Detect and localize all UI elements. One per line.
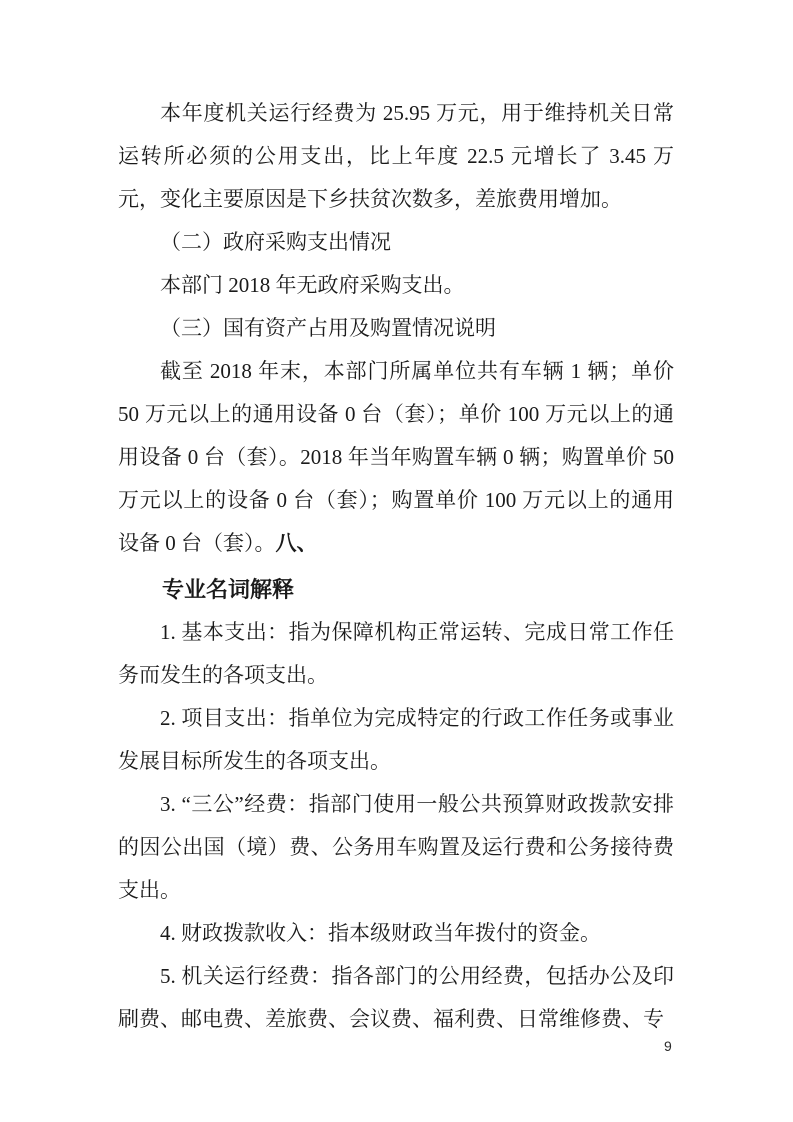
subheading-government-procurement: （二）政府采购支出情况 (118, 221, 674, 264)
para-term-fiscal-appropriation: 4. 财政拨款收入：指本级财政当年拨付的资金。 (118, 912, 674, 955)
para-state-assets-text: 截至 2018 年末，本部门所属单位共有车辆 1 辆；单价 50 万元以上的通用… (118, 359, 674, 555)
para-term-project-expenditure: 2. 项目支出：指单位为完成特定的行政工作任务或事业发展目标所发生的各项支出。 (118, 697, 674, 783)
document-page: 本年度机关运行经费为 25.95 万元，用于维持机关日常运转所必须的公用支出，比… (0, 0, 793, 1122)
para-no-procurement: 本部门 2018 年无政府采购支出。 (118, 264, 674, 307)
para-agency-operating-expense: 本年度机关运行经费为 25.95 万元，用于维持机关日常运转所必须的公用支出，比… (118, 92, 674, 221)
page-number: 9 (664, 1037, 672, 1055)
para-state-assets: 截至 2018 年末，本部门所属单位共有车辆 1 辆；单价 50 万元以上的通用… (118, 350, 674, 565)
para-term-operating-funds: 5. 机关运行经费：指各部门的公用经费，包括办公及印刷费、邮电费、差旅费、会议费… (118, 955, 674, 1041)
section-eight-marker: 八、 (276, 532, 318, 555)
subheading-state-assets: （三）国有资产占用及购置情况说明 (118, 307, 674, 350)
para-term-basic-expenditure: 1. 基本支出：指为保障机构正常运转、完成日常工作任务而发生的各项支出。 (118, 611, 674, 697)
document-body: 本年度机关运行经费为 25.95 万元，用于维持机关日常运转所必须的公用支出，比… (118, 92, 674, 1041)
para-term-three-public-funds: 3. “三公”经费：指部门使用一般公共预算财政拨款安排的因公出国（境）费、公务用… (118, 783, 674, 912)
heading-terminology: 专业名词解释 (118, 568, 674, 611)
